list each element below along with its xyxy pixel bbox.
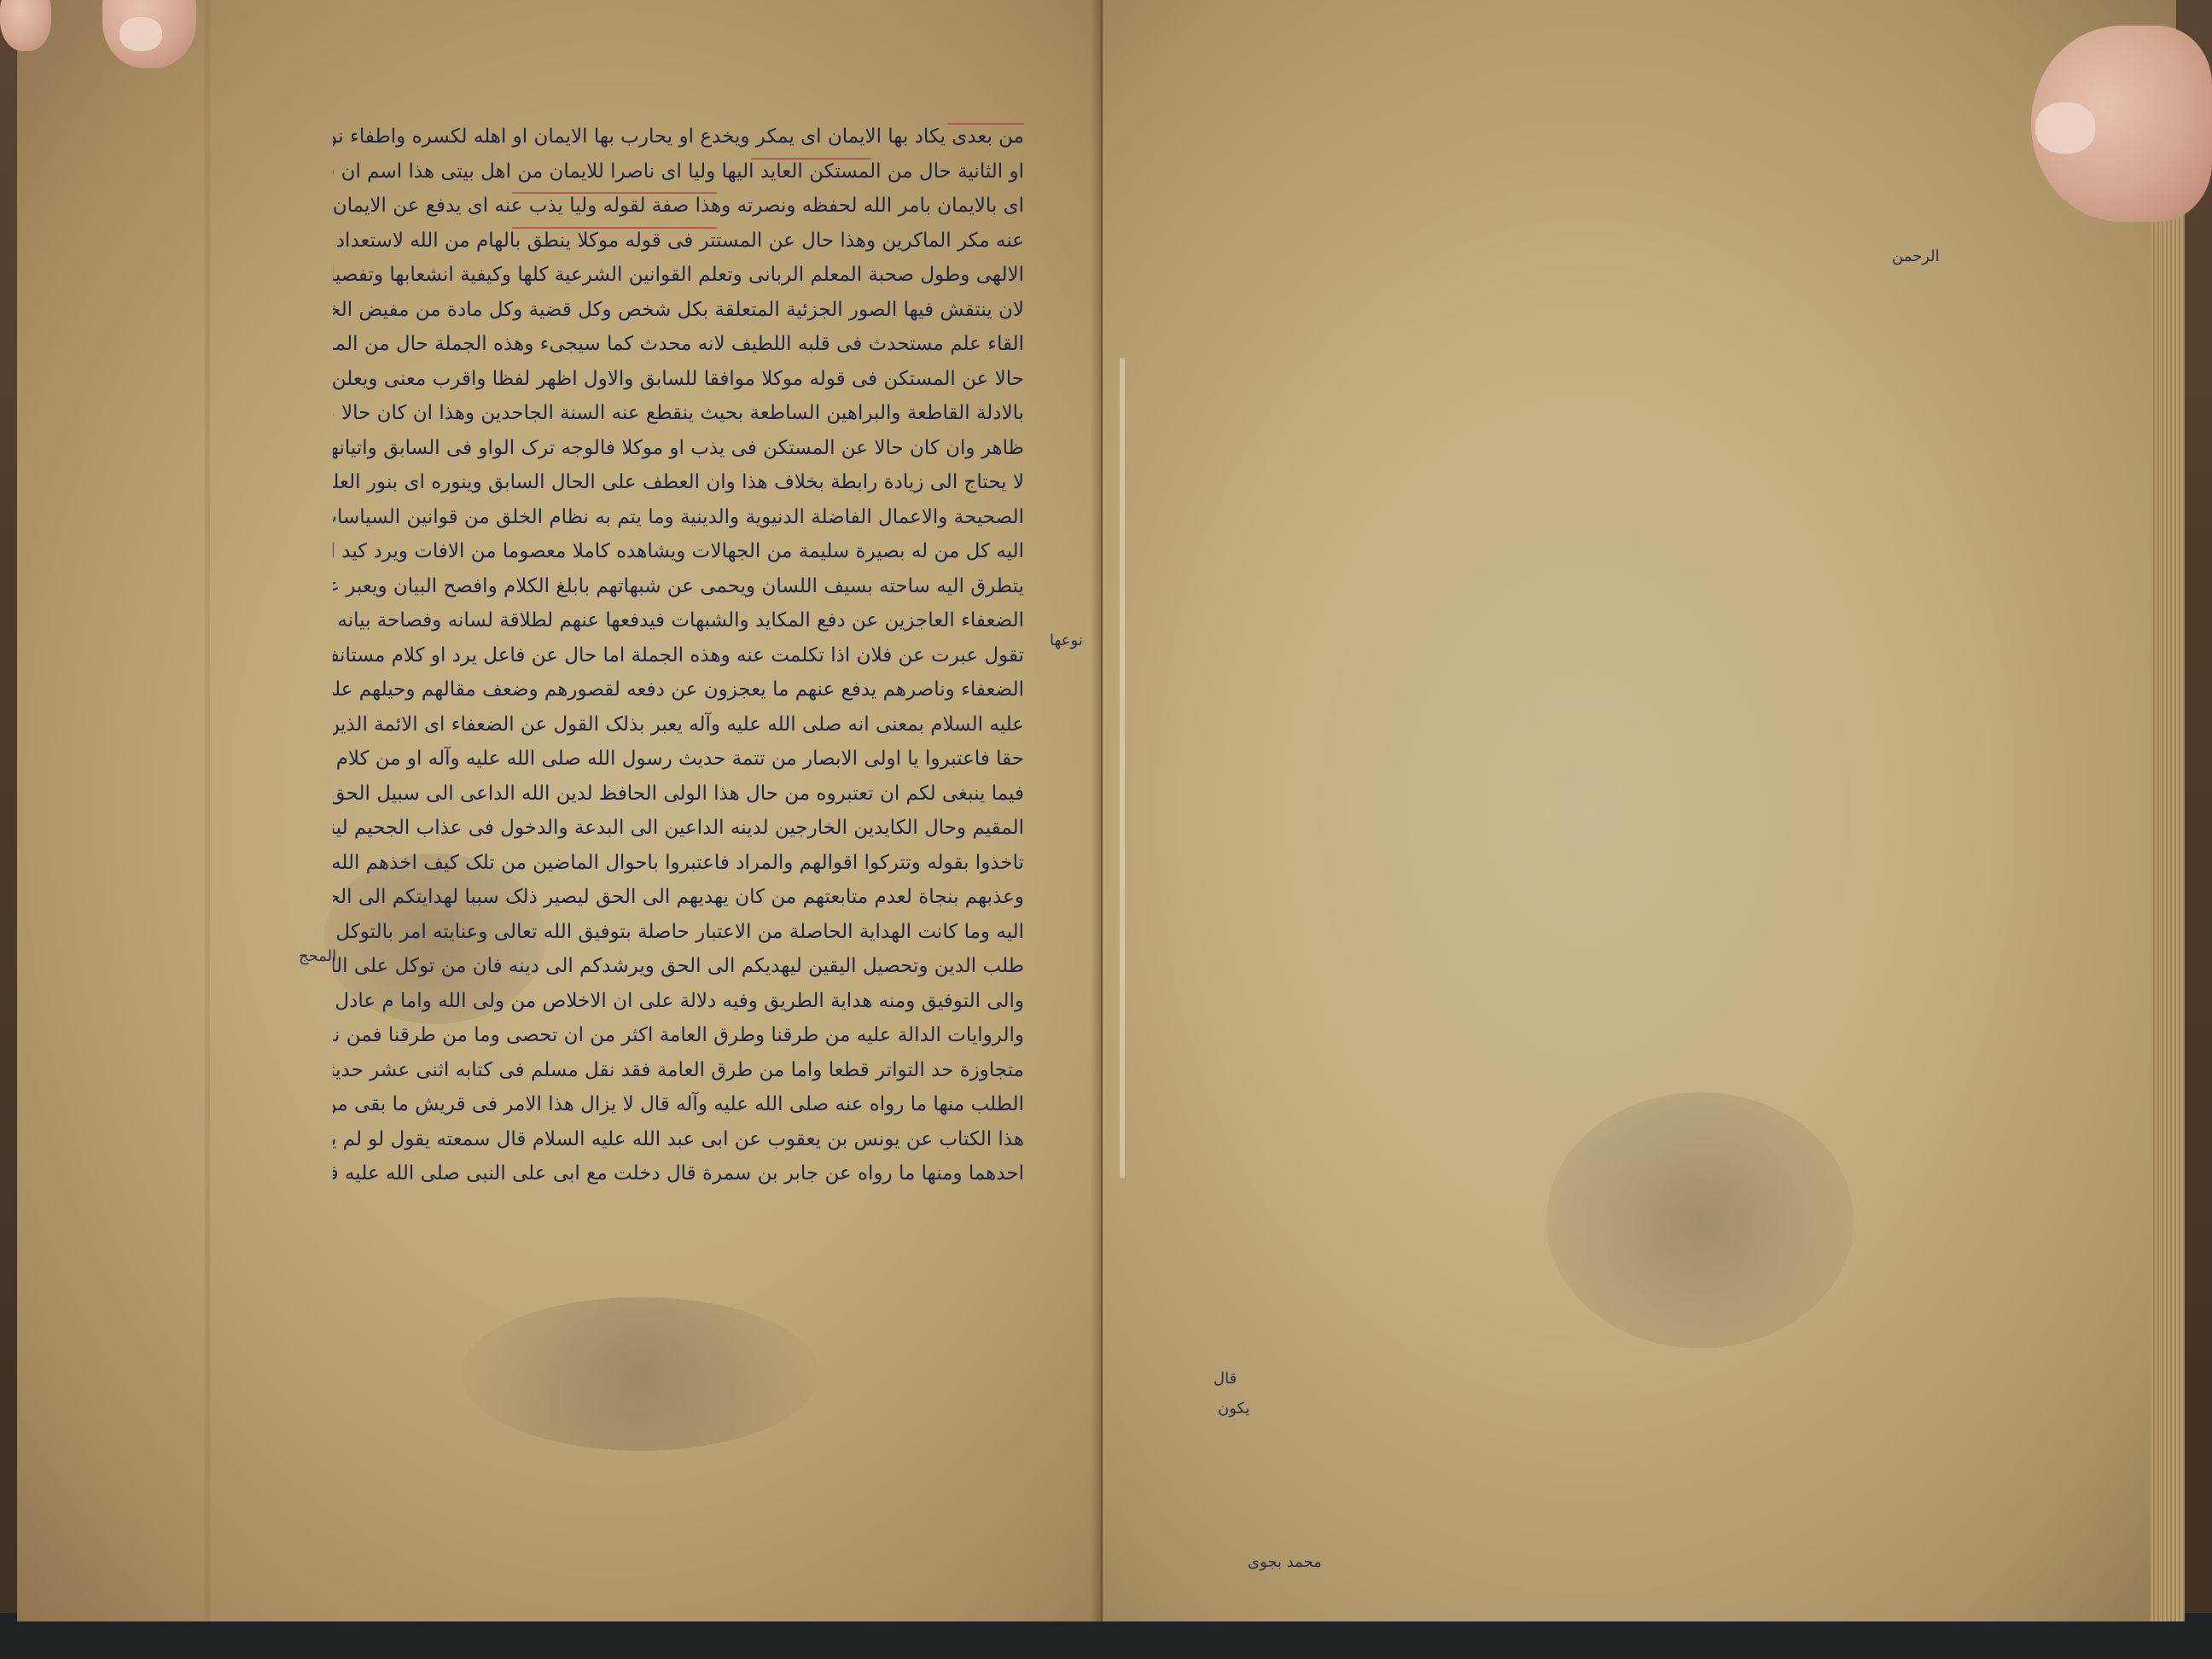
text-line: الضعفاء العاجزین عن دفع المکاید والشبهات… bbox=[333, 603, 1024, 638]
text-line: هذا الکتاب عن یونس بن یعقوب عن ابی عبد ا… bbox=[333, 1122, 1024, 1157]
gutter-note: نوعها bbox=[1050, 632, 1083, 649]
text-line: المقیم وحال الکایدین الخارجین لدینه الدا… bbox=[333, 811, 1024, 846]
text-line: بالادلة القاطعة والبراهین الساطعة بحیث ی… bbox=[333, 396, 1024, 431]
right-margin-note: قال bbox=[1214, 1370, 1237, 1388]
stain bbox=[461, 1297, 819, 1451]
stain bbox=[1546, 1092, 1854, 1348]
fold-crease bbox=[205, 0, 210, 1621]
text-line: حقا فاعتبروا یا اولی الابصار من تتمة حدی… bbox=[333, 742, 1024, 777]
text-line: الصحیحة والاعمال الفاضلة الدنیویة والدین… bbox=[333, 500, 1024, 535]
left-page: من بعدی یکاد بها الایمان ای یمکر ویخدع ا… bbox=[17, 0, 1103, 1621]
text-line: وعذبهم بنجاة لعدم متابعتهم من کان یهدیهم… bbox=[333, 880, 1024, 915]
text-line: احدهما ومنها ما رواه عن جابر بن سمرة قال… bbox=[333, 1156, 1024, 1191]
left-page-text: من بعدی یکاد بها الایمان ای یمکر ویخدع ا… bbox=[333, 119, 1024, 1191]
right-page-edges bbox=[2151, 171, 2185, 1621]
text-line: الیه کل من له بصیرة سلیمة من الجهالات وی… bbox=[333, 534, 1024, 569]
text-line: ای بالایمان بامر الله لحفظه ونصرته وهذا … bbox=[333, 189, 1024, 224]
thumbnail-right bbox=[2035, 102, 2095, 154]
text-line: الالهی وطول صحبة المعلم الربانی وتعلم ال… bbox=[333, 258, 1024, 293]
text-line: متجاوزة حد التواتر قطعا واما من طرق العا… bbox=[333, 1053, 1024, 1088]
right-margin-note: یکون bbox=[1218, 1400, 1249, 1417]
text-line: والی التوفیق ومنه هدایة الطریق وفیه دلال… bbox=[333, 984, 1024, 1019]
text-line: والروایات الدالة علیه من طرقنا وطرق العا… bbox=[333, 1018, 1024, 1053]
text-line: تقول عبرت عن فلان اذا تکلمت عنه وهذه الج… bbox=[333, 638, 1024, 673]
left-margin-note: المحج bbox=[299, 947, 336, 965]
text-line: تاخذوا بقوله وتترکوا اقوالهم والمراد فاع… bbox=[333, 846, 1024, 881]
text-line: الیه وما کانت الهدایة الحاصلة من الاعتبا… bbox=[333, 915, 1024, 950]
text-line: علیه السلام بمعنی انه صلی الله علیه وآله… bbox=[333, 707, 1024, 742]
text-line: فیما ینبغی لکم ان تعتبروه من حال هذا الو… bbox=[333, 777, 1024, 812]
footer-note: محمد بجوی bbox=[1248, 1553, 1322, 1571]
text-line: من بعدی یکاد بها الایمان ای یمکر ویخدع ا… bbox=[333, 119, 1024, 154]
text-line: القاء علم مستحدث فی قلبه اللطیف لانه محد… bbox=[333, 327, 1024, 362]
text-line: طلب الدین وتحصیل الیقین لیهدیکم الی الحق… bbox=[333, 949, 1024, 984]
text-line: لا یحتاج الی زیادة رابطة بخلاف هذا وان ا… bbox=[333, 465, 1024, 500]
text-line: یتطرق الیه ساحته بسیف اللسان ویحمی عن شب… bbox=[333, 569, 1024, 604]
thumbnail-left bbox=[119, 17, 162, 51]
text-line: الضعفاء وناصرهم یدفع عنهم ما یعجزون عن د… bbox=[333, 672, 1024, 707]
tape-strip bbox=[1120, 358, 1125, 1178]
text-line: عنه مکر الماکرین وهذا حال عن المستتر فی … bbox=[333, 224, 1024, 259]
text-line: لان ینتقش فیها الصور الجزئیة المتعلقة بک… bbox=[333, 293, 1024, 328]
open-manuscript: من بعدی یکاد بها الایمان ای یمکر ویخدع ا… bbox=[17, 0, 2176, 1630]
text-line: الطلب منها ما رواه عنه صلی الله علیه وآل… bbox=[333, 1087, 1024, 1122]
text-line: حالا عن المستکن فی قوله موکلا موافقا للس… bbox=[333, 362, 1024, 397]
text-line: او الثانیة حال من المستکن العاید الیها و… bbox=[333, 154, 1024, 189]
text-line: ظاهر وان کان حالا عن المستکن فی یذب او م… bbox=[333, 431, 1024, 466]
right-margin-heading: الرحمن bbox=[1892, 247, 1940, 265]
right-page: وعلی م دقوتهم علی مقاصدهم والیها بتخیلات… bbox=[1103, 0, 2176, 1621]
